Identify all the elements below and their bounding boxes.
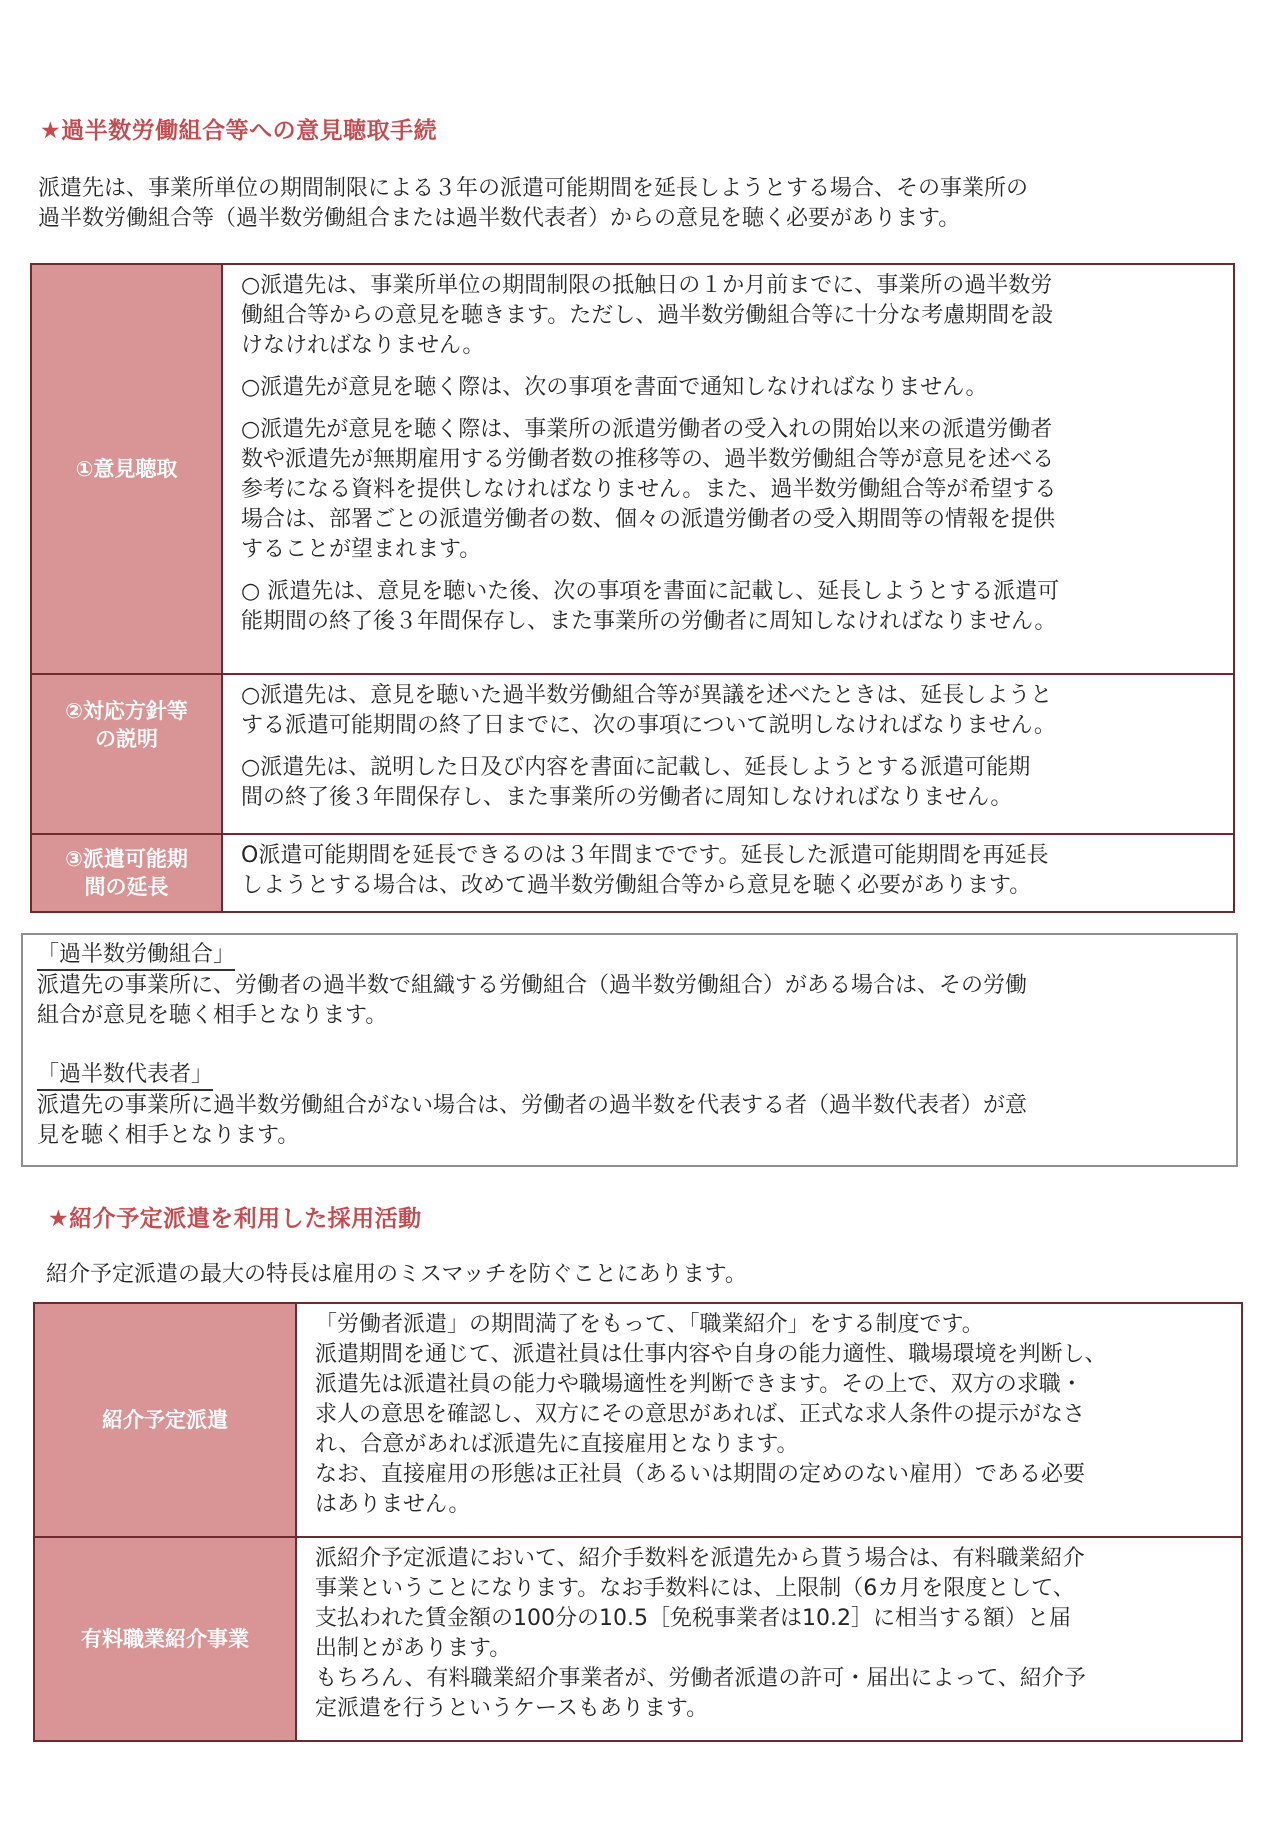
table-row: ②対応方針等 の説明 ○派遣先は、意見を聴いた過半数労働組合等が異議を述べたとき… [31, 674, 1234, 834]
list-item: ○派遣先は、意見を聴いた過半数労働組合等が異議を述べたときは、延長しようと する… [241, 681, 1215, 741]
list-item: ○ 派遣先は、意見を聴いた後、次の事項を書面に記載し、延長しようとする派遣可 能… [241, 577, 1215, 637]
section-intro-referral-dispatch: 紹介予定派遣の最大の特長は雇用のミスマッチを防ぐことにあります。 [46, 1260, 1246, 1290]
row-text: 派紹介予定派遣において、紹介手数料を派遣先から貰う場合は、有料職業紹介 事業とい… [315, 1544, 1223, 1724]
section-heading-opinion-hearing: ★過半数労働組合等への意見聴取手続 [40, 112, 437, 145]
list-item: ○派遣先が意見を聴く際は、事業所の派遣労働者の受入れの開始以来の派遣労働者 数や… [241, 415, 1215, 565]
row-content: ○派遣先は、事業所単位の期間制限の抵触日の１か月前までに、事業所の過半数労 働組… [222, 264, 1234, 674]
list-item: ○派遣先が意見を聴く際は、次の事項を書面で通知しなければなりません。 [241, 373, 1215, 403]
row-content: 派紹介予定派遣において、紹介手数料を派遣先から貰う場合は、有料職業紹介 事業とい… [296, 1537, 1242, 1741]
row-label: ③派遣可能期 間の延長 [31, 834, 222, 912]
row-label: 紹介予定派遣 [34, 1303, 296, 1537]
section-heading-referral-dispatch: ★紹介予定派遣を利用した採用活動 [48, 1200, 422, 1233]
note-title: 「過半数労働組合」 [37, 941, 235, 971]
table-row: ①意見聴取 ○派遣先は、事業所単位の期間制限の抵触日の１か月前までに、事業所の過… [31, 264, 1234, 674]
row-label: ②対応方針等 の説明 [31, 674, 222, 834]
note-text: 派遣先の事業所に過半数労働組合がない場合は、労働者の過半数を代表する者（過半数代… [37, 1091, 1222, 1151]
referral-dispatch-table: 紹介予定派遣 「労働者派遣」の期間満了をもって、「職業紹介」をする制度です。 派… [33, 1302, 1243, 1742]
opinion-procedure-table: ①意見聴取 ○派遣先は、事業所単位の期間制限の抵触日の１か月前までに、事業所の過… [30, 263, 1235, 913]
section-intro-opinion-hearing: 派遣先は、事業所単位の期間制限による３年の派遣可能期間を延長しようとする場合、そ… [38, 174, 1238, 234]
note-text: 派遣先の事業所に、労働者の過半数で組織する労働組合（過半数労働組合）がある場合は… [37, 971, 1222, 1031]
table-row: 有料職業紹介事業 派紹介予定派遣において、紹介手数料を派遣先から貰う場合は、有料… [34, 1537, 1242, 1741]
row-content: 「労働者派遣」の期間満了をもって、「職業紹介」をする制度です。 派遣期間を通じて… [296, 1303, 1242, 1537]
table-row: ③派遣可能期 間の延長 O派遣可能期間を延長できるのは３年間までです。延長した派… [31, 834, 1234, 912]
row-content: O派遣可能期間を延長できるのは３年間までです。延長した派遣可能期間を再延長 しよ… [222, 834, 1234, 912]
list-item: O派遣可能期間を延長できるのは３年間までです。延長した派遣可能期間を再延長 しよ… [241, 841, 1215, 901]
row-text: 「労働者派遣」の期間満了をもって、「職業紹介」をする制度です。 派遣期間を通じて… [315, 1310, 1223, 1520]
definitions-note-box: 「過半数労働組合」 派遣先の事業所に、労働者の過半数で組織する労働組合（過半数労… [21, 933, 1238, 1167]
table-row: 紹介予定派遣 「労働者派遣」の期間満了をもって、「職業紹介」をする制度です。 派… [34, 1303, 1242, 1537]
row-label: 有料職業紹介事業 [34, 1537, 296, 1741]
list-item: ○派遣先は、事業所単位の期間制限の抵触日の１か月前までに、事業所の過半数労 働組… [241, 271, 1215, 361]
note-title: 「過半数代表者」 [37, 1061, 213, 1091]
row-content: ○派遣先は、意見を聴いた過半数労働組合等が異議を述べたときは、延長しようと する… [222, 674, 1234, 834]
list-item: ○派遣先は、説明した日及び内容を書面に記載し、延長しようとする派遣可能期 間の終… [241, 753, 1215, 813]
row-label: ①意見聴取 [31, 264, 222, 674]
